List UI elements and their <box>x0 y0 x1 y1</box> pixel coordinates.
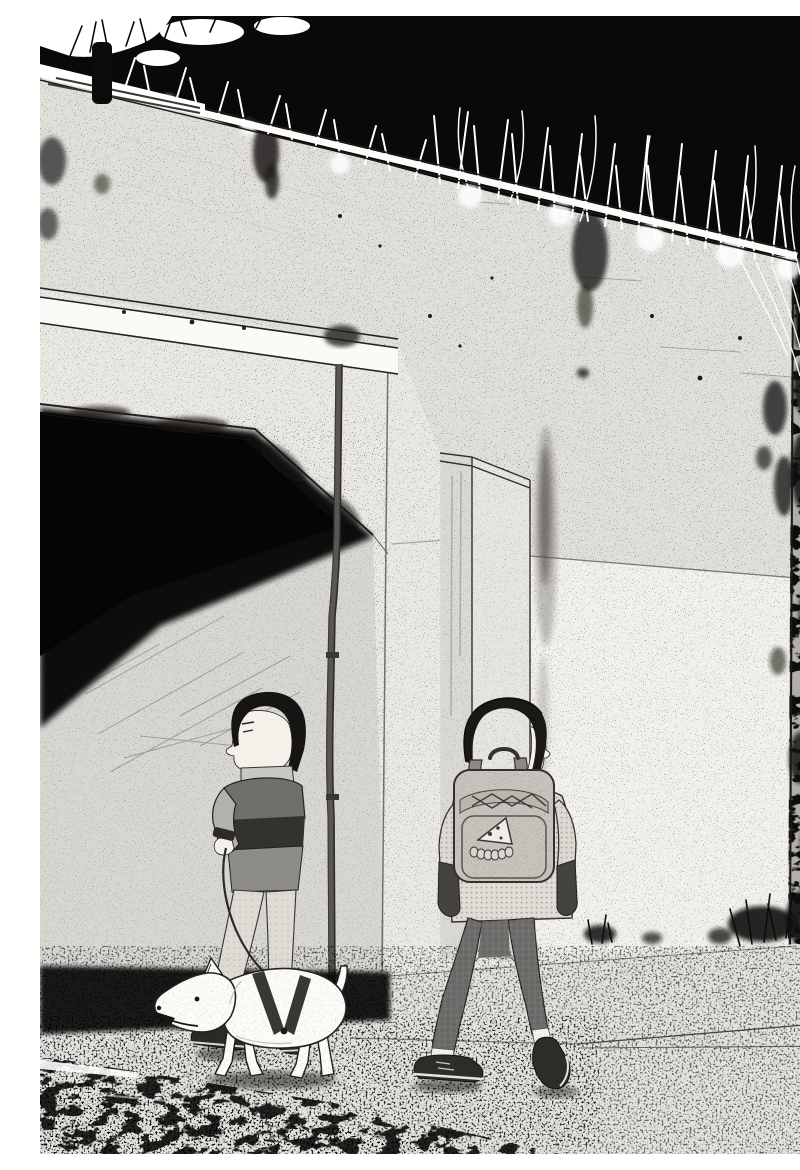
panel-artwork <box>40 16 800 1154</box>
pipe-collar <box>326 652 339 658</box>
manga-panel <box>40 16 800 1154</box>
guardrail-post <box>92 42 112 104</box>
pipe-collar <box>326 794 339 800</box>
jacket-yoke <box>224 778 305 822</box>
right-forearm <box>557 860 577 916</box>
jacket-hem <box>228 846 303 892</box>
ground-fine-grain <box>40 956 800 1154</box>
